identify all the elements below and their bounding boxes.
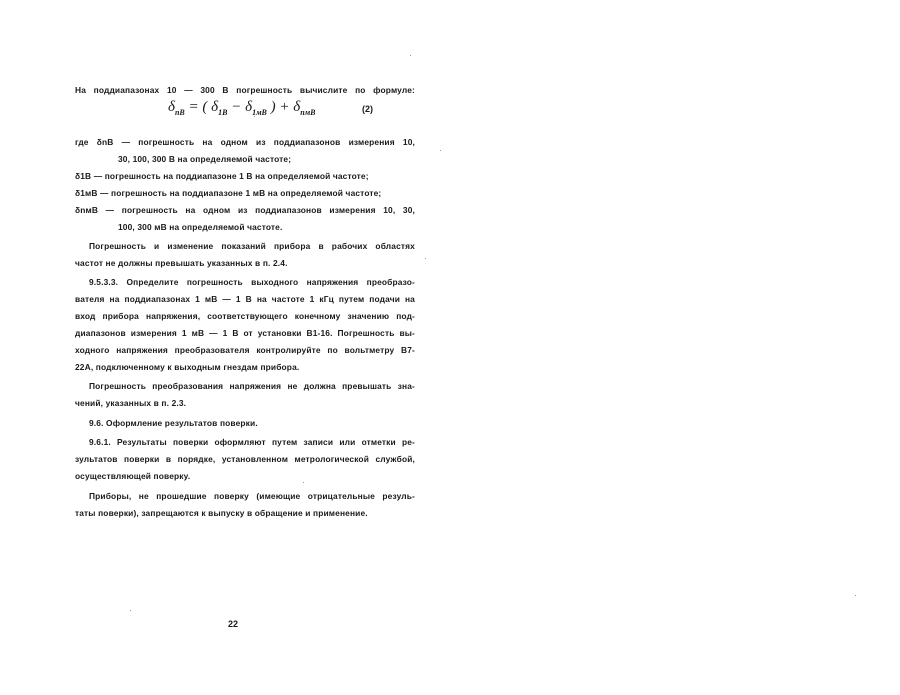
formula-part: = ( δ bbox=[185, 99, 218, 115]
definition-line: 30, 100, 300 В на определяемой частоте; bbox=[118, 153, 415, 165]
scan-speck bbox=[130, 610, 131, 611]
paragraph-line: 9.6.1. Результаты поверки оформляют путе… bbox=[89, 436, 415, 448]
paragraph-line: зультатов поверки в порядке, установленн… bbox=[75, 453, 415, 465]
paragraph-line: таты поверки), запрещаются к выпуску в о… bbox=[75, 507, 415, 519]
scan-speck bbox=[440, 150, 441, 151]
scan-speck bbox=[303, 482, 304, 483]
section-heading: 9.6. Оформление результатов поверки. bbox=[89, 417, 415, 429]
definition-line: δ1В — погрешность на поддиапазоне 1 В на… bbox=[75, 170, 415, 182]
scan-speck bbox=[254, 116, 255, 117]
definition-line: δ1мВ — погрешность на поддиапазоне 1 мВ … bbox=[75, 187, 415, 199]
paragraph-line: Погрешность преобразования напряжения не… bbox=[89, 380, 415, 392]
formula-2: δnВ = ( δ1В − δ1мВ ) + δnмВ bbox=[168, 99, 316, 117]
paragraph-line: 22А, подключенному к выходным гнездам пр… bbox=[75, 361, 415, 373]
scan-speck bbox=[425, 258, 426, 259]
paragraph-line: 9.5.3.3. Определите погрешность выходног… bbox=[89, 276, 415, 288]
intro-text: На поддиапазонах 10 — 300 В погрешность … bbox=[75, 84, 415, 96]
paragraph-line: осуществляющей поверку. bbox=[75, 470, 415, 482]
paragraph-line: частот не должны превышать указанных в п… bbox=[75, 257, 415, 269]
paragraph-line: вход прибора напряжения, соответствующег… bbox=[75, 310, 415, 322]
paragraph-line: чений, указанных в п. 2.3. bbox=[75, 397, 415, 409]
formula-sub: nмВ bbox=[300, 108, 315, 117]
formula-lhs: δ bbox=[168, 99, 175, 115]
definition-line: где δnВ — погрешность на одном из поддиа… bbox=[75, 136, 415, 148]
formula-part: ) + δ bbox=[267, 99, 300, 115]
paragraph-line: вателя на поддиапазонах 1 мВ — 1 В на ча… bbox=[75, 293, 415, 305]
paragraph-line: Погрешность и изменение показаний прибор… bbox=[89, 240, 415, 252]
paragraph-line: ходного напряжения преобразователя контр… bbox=[75, 344, 415, 356]
formula-part: − δ bbox=[227, 99, 252, 115]
page-number: 22 bbox=[228, 619, 238, 629]
definition-line: 100, 300 мВ на определяемой частоте. bbox=[118, 221, 415, 233]
scanned-page: На поддиапазонах 10 — 300 В погрешность … bbox=[0, 0, 900, 695]
definition-line: δnмВ — погрешность на одном из поддиапаз… bbox=[75, 204, 415, 216]
scan-speck bbox=[855, 595, 856, 596]
paragraph-line: Приборы, не прошедшие поверку (имеющие о… bbox=[89, 490, 415, 502]
scan-speck bbox=[410, 55, 411, 56]
equation-number: (2) bbox=[362, 104, 373, 114]
formula-lhs-sub: nВ bbox=[175, 108, 185, 117]
paragraph-line: диапазонов измерения 1 мВ — 1 В от устан… bbox=[75, 327, 415, 339]
